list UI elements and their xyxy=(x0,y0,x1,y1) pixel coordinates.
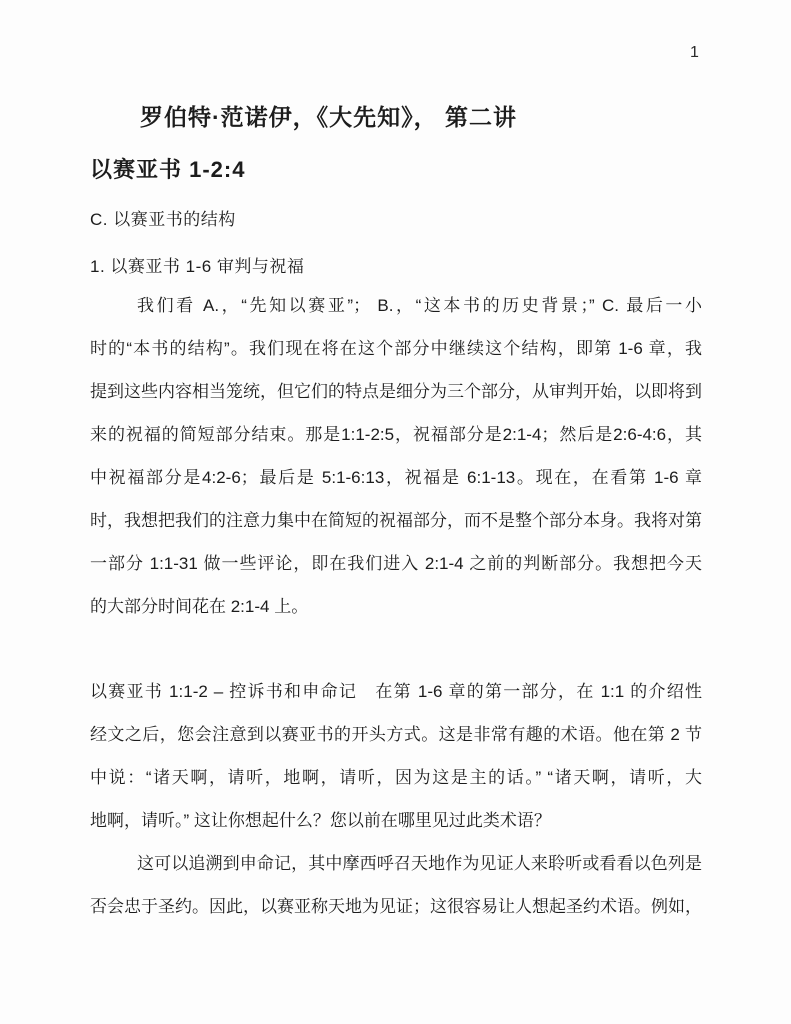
outline-item-structure: C. 以赛亚书的结构 xyxy=(90,205,236,230)
text-line: 以赛亚书 1:1-2 – 控诉书和申命记 在第 1-6 章的第一部分，在 1:1… xyxy=(90,670,702,713)
text-line: 提到这些内容相当笼统，但它们的特点是细分为三个部分，从审判开始，以即将到 xyxy=(90,370,702,413)
text-line: 来的祝福的简短部分结束。那是1:1-2:5，祝福部分是2:1-4；然后是2:6-… xyxy=(90,413,702,456)
text-line: 这可以追溯到申命记，其中摩西呼召天地作为见证人来聆听或看看以色列是 xyxy=(90,842,702,885)
paragraph: 我们看 A.，“先知以赛亚”； B.，“这本书的历史背景；” C. 最后一小时的… xyxy=(90,284,702,628)
page-number: 1 xyxy=(690,44,699,62)
text-line: 我们看 A.，“先知以赛亚”； B.，“这本书的历史背景；” C. 最后一小 xyxy=(90,284,702,327)
text-line: 时的“本书的结构”。我们现在将在这个部分中继续这个结构，即第 1-6 章，我 xyxy=(90,327,702,370)
text-line: 中说：“诸天啊，请听，地啊，请听，因为这是主的话。” “诸天啊，请听，大 xyxy=(90,756,702,799)
text-line: 的大部分时间花在 2:1-4 上。 xyxy=(90,585,702,628)
paragraph: 以赛亚书 1:1-2 – 控诉书和申命记 在第 1-6 章的第一部分，在 1:1… xyxy=(90,670,702,842)
section-heading: 以赛亚书 1-2:4 xyxy=(90,153,245,184)
text-line: 一部分 1:1-31 做一些评论，即在我们进入 2:1-4 之前的判断部分。我想… xyxy=(90,542,702,585)
document-page: 1 罗伯特·范诺伊，《大先知》， 第二讲 以赛亚书 1-2:4 C. 以赛亚书的… xyxy=(0,0,791,1024)
text-line: 地啊，请听。” 这让你想起什么？您以前在哪里见过此类术语？ xyxy=(90,799,702,842)
text-line: 中祝福部分是4:2-6；最后是 5:1-6:13，祝福是 6:1-13。现在，在… xyxy=(90,456,702,499)
text-line: 经文之后，您会注意到以赛亚书的开头方式。这是非常有趣的术语。他在第 2 节 xyxy=(90,713,702,756)
outline-item-judgment-blessing: 1. 以赛亚书 1-6 审判与祝福 xyxy=(90,252,304,277)
paragraph: 这可以追溯到申命记，其中摩西呼召天地作为见证人来聆听或看看以色列是否会忠于圣约。… xyxy=(90,842,702,928)
document-title: 罗伯特·范诺伊，《大先知》， 第二讲 xyxy=(140,99,517,132)
text-line: 时，我想把我们的注意力集中在简短的祝福部分，而不是整个部分本身。我将对第 xyxy=(90,499,702,542)
text-line: 否会忠于圣约。因此，以赛亚称天地为见证；这很容易让人想起圣约术语。例如， xyxy=(90,885,702,928)
